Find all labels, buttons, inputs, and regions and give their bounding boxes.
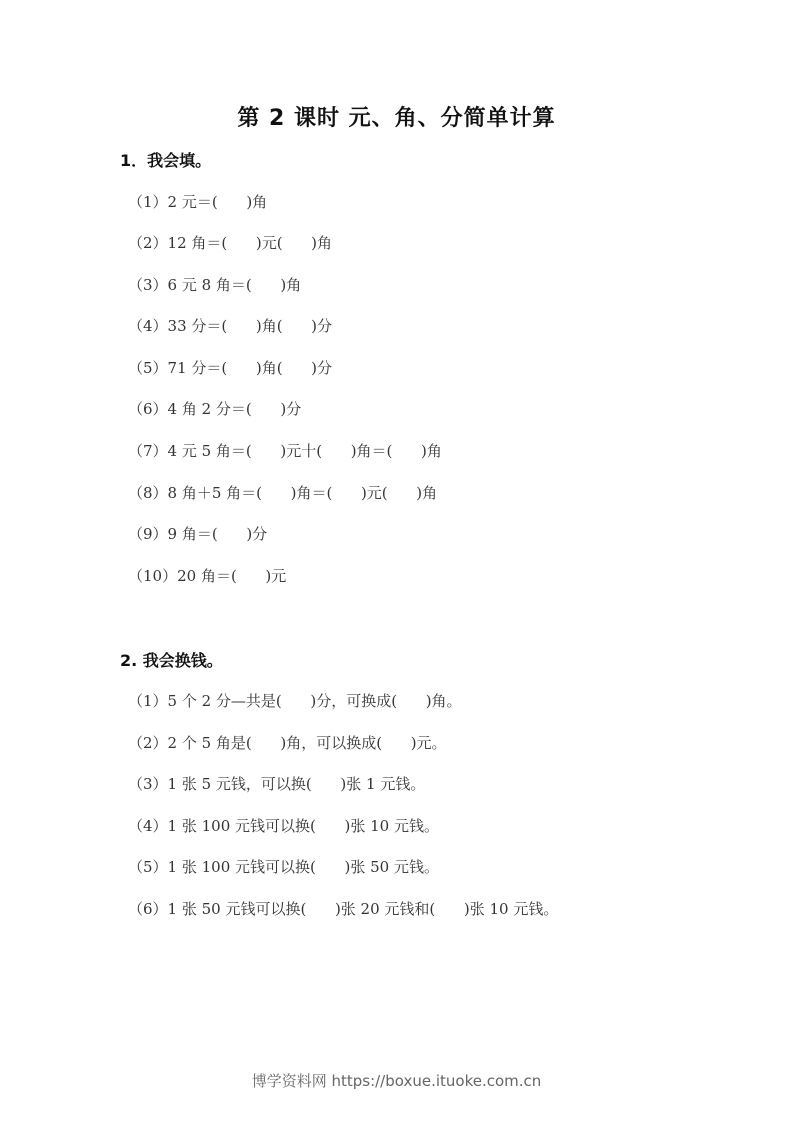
fill-item-3: （3）6 元 8 角＝( )角 [128, 274, 301, 295]
section-2-heading: 2. 我会换钱。 [120, 648, 223, 671]
fill-item-7: （7）4 元 5 角＝( )元十( )角＝( )角 [128, 440, 442, 461]
exchange-item-1: （1）5 个 2 分—共是( )分，可换成( )角。 [128, 690, 462, 711]
exchange-item-2: （2）2 个 5 角是( )角，可以换成( )元。 [128, 732, 447, 753]
exchange-item-4: （4）1 张 100 元钱可以换( )张 10 元钱。 [128, 815, 439, 836]
page-title: 第 2 课时 元、角、分简单计算 [0, 101, 793, 132]
section-1-heading: 1．我会填。 [120, 148, 211, 171]
footer-watermark: 博学资料网 https://boxue.ituoke.com.cn [0, 1070, 793, 1091]
fill-item-6: （6）4 角 2 分＝( )分 [128, 398, 301, 419]
fill-item-4: （4）33 分＝( )角( )分 [128, 315, 332, 336]
exchange-item-5: （5）1 张 100 元钱可以换( )张 50 元钱。 [128, 856, 439, 877]
exchange-item-3: （3）1 张 5 元钱，可以换( )张 1 元钱。 [128, 773, 425, 794]
fill-item-9: （9）9 角＝( )分 [128, 523, 267, 544]
fill-item-2: （2）12 角＝( )元( )角 [128, 232, 332, 253]
fill-item-10: （10）20 角＝( )元 [128, 565, 286, 586]
fill-item-5: （5）71 分＝( )角( )分 [128, 357, 332, 378]
fill-item-8: （8）8 角＋5 角＝( )角＝( )元( )角 [128, 482, 437, 503]
exchange-item-6: （6）1 张 50 元钱可以换( )张 20 元钱和( )张 10 元钱。 [128, 898, 558, 919]
fill-item-1: （1）2 元＝( )角 [128, 191, 267, 212]
